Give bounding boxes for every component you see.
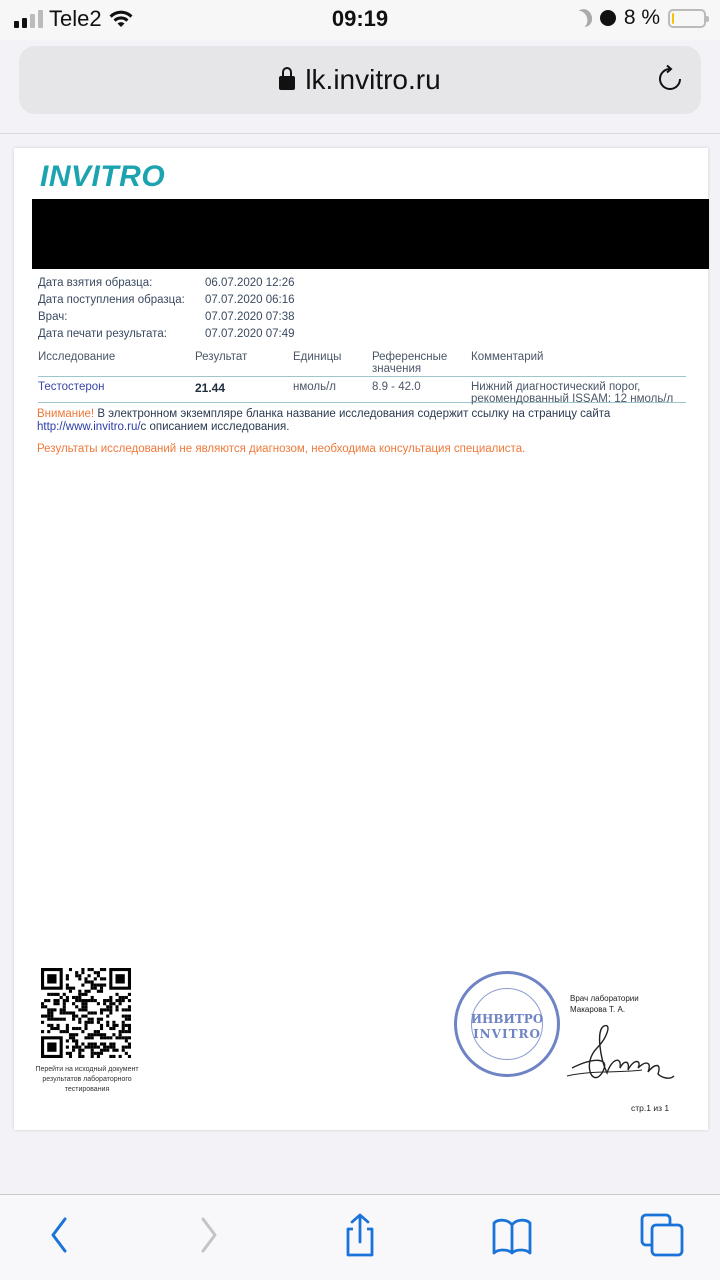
signature (562, 1018, 682, 1088)
pdf-document: INVITRO Дата взятия образца:06.07.2020 1… (14, 148, 708, 1130)
notice-warning: Внимание! (37, 408, 94, 420)
meta-row: Дата печати результата:07.07.2020 07:49 (38, 325, 295, 342)
invitro-logo: INVITRO (40, 160, 165, 194)
table-row: Тестостерон 21.44 нмоль/л 8.9 - 42.0 Ниж… (38, 377, 686, 403)
doctor-title: Врач лаборатории (570, 993, 639, 1004)
qr-code[interactable] (41, 968, 131, 1058)
lab-stamp: ИНВИТРО INVITRO (454, 971, 560, 1077)
results-table: Исследование Результат Единицы Референсн… (38, 349, 686, 403)
redacted-block (32, 199, 709, 269)
header-units: Единицы (293, 351, 372, 376)
signal-icon (14, 10, 43, 28)
bookmarks-icon[interactable] (490, 1213, 534, 1257)
share-icon[interactable] (338, 1213, 382, 1257)
status-right: 8 % (576, 6, 706, 30)
carrier-label: Tele2 (49, 6, 102, 32)
notice-text: Внимание! В электронном экземпляре бланк… (37, 408, 697, 434)
meta-row: Врач:07.07.2020 07:38 (38, 308, 295, 325)
sample-info: Дата взятия образца:06.07.2020 12:26 Дат… (38, 274, 295, 342)
stamp-text-ru: ИНВИТРО (457, 1012, 557, 1026)
doctor-name: Макарова Т. А. (570, 1004, 639, 1015)
test-reference: 8.9 - 42.0 (372, 381, 471, 402)
wifi-icon (108, 9, 134, 29)
status-left: Tele2 (14, 6, 134, 32)
back-icon[interactable] (38, 1213, 82, 1257)
battery-percent: 8 % (624, 6, 660, 30)
address-bar[interactable]: lk.invitro.ru (19, 46, 701, 114)
doctor-info: Врач лаборатории Макарова Т. А. (570, 993, 639, 1015)
url-display[interactable]: lk.invitro.ru (19, 64, 701, 96)
stamp-text-en: INVITRO (457, 1027, 557, 1041)
notice-body: В электронном экземпляре бланка название… (94, 408, 610, 420)
reload-icon[interactable] (655, 64, 685, 94)
header-result: Результат (195, 351, 293, 376)
page-number: стр.1 из 1 (631, 1103, 669, 1113)
test-name-link[interactable]: Тестостерон (38, 381, 195, 402)
browser-toolbar (0, 1194, 720, 1280)
disclaimer: Результаты исследований не являются диаг… (37, 443, 525, 455)
invitro-link[interactable]: http://www.invitro.ru/ (37, 421, 141, 433)
qr-caption: Перейти на исходный документ результатов… (32, 1065, 142, 1095)
header-test: Исследование (38, 351, 195, 376)
meta-row: Дата взятия образца:06.07.2020 12:26 (38, 274, 295, 291)
test-result: 21.44 (195, 381, 293, 402)
table-header: Исследование Результат Единицы Референсн… (38, 349, 686, 377)
test-units: нмоль/л (293, 381, 372, 402)
alarm-icon (600, 10, 616, 26)
forward-icon[interactable] (186, 1213, 230, 1257)
header-reference: Референсные значения (372, 351, 471, 376)
header-comment: Комментарий (471, 351, 686, 376)
status-bar: Tele2 09:19 8 % (0, 0, 720, 40)
meta-row: Дата поступления образца:07.07.2020 06:1… (38, 291, 295, 308)
lock-icon (279, 76, 295, 90)
moon-icon (573, 7, 594, 29)
tabs-icon[interactable] (640, 1213, 684, 1257)
notice-tail: с описанием исследования. (141, 421, 290, 433)
test-comment: Нижний диагностический порог, рекомендов… (471, 381, 686, 402)
battery-icon (668, 9, 706, 28)
url-text: lk.invitro.ru (305, 64, 440, 95)
